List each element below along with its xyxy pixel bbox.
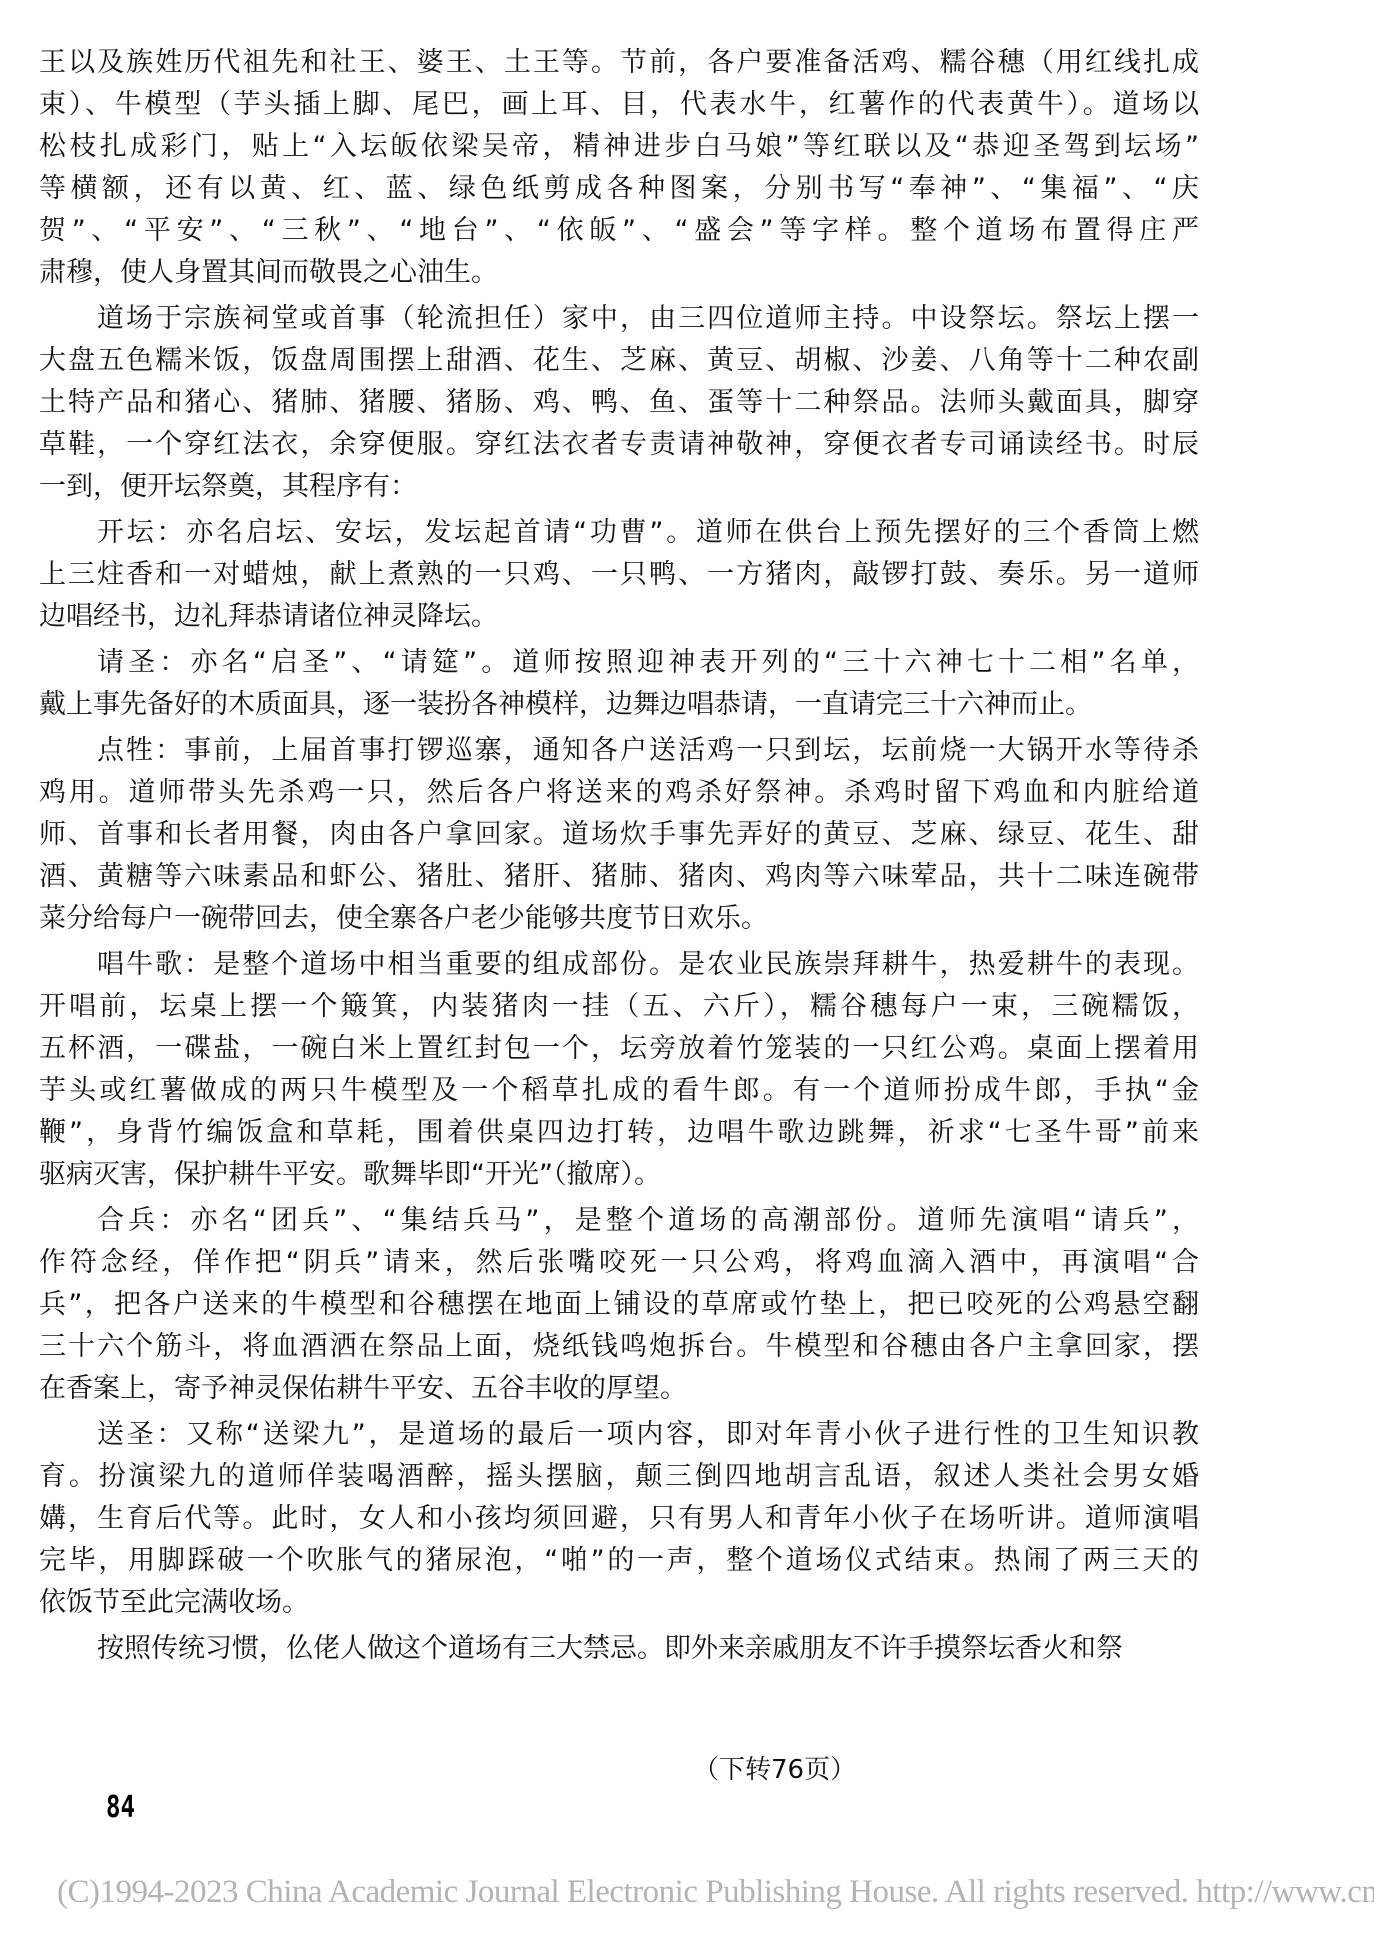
text-line: 兵”，把各户送来的牛模型和谷穗摆在地面上铺设的草席或竹垫上，把已咬死的公鸡悬空翻 <box>39 1284 1199 1326</box>
text-line: 草鞋，一个穿红法衣，余穿便服。穿红法衣者专责请神敬神，穿便衣者专司诵读经书。时辰 <box>39 424 1199 466</box>
paragraph: 请圣：亦名“启圣”、“请筵”。道师按照迎神表开列的“三十六神七十二相”名单，戴上… <box>39 642 1199 726</box>
continuation-note: （下转76页） <box>693 1752 856 1788</box>
text-line: 上三炷香和一对蜡烛，献上煮熟的一只鸡、一只鸭、一方猪肉，敲锣打鼓、奏乐。另一道师 <box>39 554 1199 596</box>
copyright-footer: (C)1994-2023 China Academic Journal Elec… <box>57 1872 1374 1912</box>
text-line: 鞭”，身背竹编饭盒和草耗，围着供桌四边打转，边唱牛歌边跳舞，祈求“七圣牛哥”前来 <box>39 1112 1199 1154</box>
paragraph: 开坛：亦名启坛、安坛，发坛起首请“功曹”。道师在供台上预先摆好的三个香筒上燃上三… <box>39 512 1199 638</box>
paragraph: 唱牛歌：是整个道场中相当重要的组成部份。是农业民族崇拜耕牛，热爱耕牛的表现。开唱… <box>39 944 1199 1196</box>
paragraph: 点牲：事前，上届首事打锣巡寨，通知各户送活鸡一只到坛，坛前烧一大锅开水等待杀鸡用… <box>39 730 1199 940</box>
text-line: 开唱前，坛桌上摆一个簸箕，内装猪肉一挂（五、六斤），糯谷穗每户一束，三碗糯饭， <box>39 986 1199 1028</box>
text-line: 媾，生育后代等。此时，女人和小孩均须回避，只有男人和青年小伙子在场听讲。道师演唱 <box>39 1498 1199 1540</box>
text-line: 戴上事先备好的木质面具，逐一装扮各神模样，边舞边唱恭请，一直请完三十六神而止。 <box>39 684 1199 726</box>
text-line: 请圣：亦名“启圣”、“请筵”。道师按照迎神表开列的“三十六神七十二相”名单， <box>39 642 1199 684</box>
page-number: 84 <box>106 1790 135 1826</box>
text-line: 师、首事和长者用餐，肉由各户拿回家。道场炊手事先弄好的黄豆、芝麻、绿豆、花生、甜 <box>39 814 1199 856</box>
text-line: 按照传统习惯，仫佬人做这个道场有三大禁忌。即外来亲戚朋友不许手摸祭坛香火和祭 <box>39 1628 1199 1670</box>
text-line: 菜分给每户一碗带回去，使全寨各户老少能够共度节日欢乐。 <box>39 898 1199 940</box>
paragraph: 送圣：又称“送梁九”，是道场的最后一项内容，即对年青小伙子进行性的卫生知识教育。… <box>39 1414 1199 1624</box>
text-line: 完毕，用脚踩破一个吹胀气的猪尿泡，“啪”的一声，整个道场仪式结束。热闹了两三天的 <box>39 1540 1199 1582</box>
text-line: 三十六个筋斗，将血酒洒在祭品上面，烧纸钱鸣炮拆台。牛模型和谷穗由各户主拿回家，摆 <box>39 1326 1199 1368</box>
text-line: 鸡用。道师带头先杀鸡一只，然后各户将送来的鸡杀好祭神。杀鸡时留下鸡血和内脏给道 <box>39 772 1199 814</box>
text-line: 开坛：亦名启坛、安坛，发坛起首请“功曹”。道师在供台上预先摆好的三个香筒上燃 <box>39 512 1199 554</box>
text-line: 合兵：亦名“团兵”、“集结兵马”，是整个道场的高潮部份。道师先演唱“请兵”， <box>39 1200 1199 1242</box>
text-line: 育。扮演梁九的道师佯装喝酒醉，摇头摆脑，颠三倒四地胡言乱语，叙述人类社会男女婚 <box>39 1456 1199 1498</box>
text-line: 芋头或红薯做成的两只牛模型及一个稻草扎成的看牛郎。有一个道师扮成牛郎，手执“金 <box>39 1070 1199 1112</box>
text-line: 驱病灭害，保护耕牛平安。歌舞毕即“开光”（撤席）。 <box>39 1154 1199 1196</box>
text-line: 一到，便开坛祭奠，其程序有： <box>39 466 1199 508</box>
article-body: 王以及族姓历代祖先和社王、婆王、土王等。节前，各户要准备活鸡、糯谷穗（用红线扎成… <box>39 42 1199 1674</box>
text-line: 五杯酒，一碟盐，一碗白米上置红封包一个，坛旁放着竹笼装的一只红公鸡。桌面上摆着用 <box>39 1028 1199 1070</box>
document-page: 王以及族姓历代祖先和社王、婆王、土王等。节前，各户要准备活鸡、糯谷穗（用红线扎成… <box>0 0 1374 1953</box>
text-line: 王以及族姓历代祖先和社王、婆王、土王等。节前，各户要准备活鸡、糯谷穗（用红线扎成 <box>39 42 1199 84</box>
text-line: 束）、牛模型（芋头插上脚、尾巴，画上耳、目，代表水牛，红薯作的代表黄牛）。道场以 <box>39 84 1199 126</box>
text-line: 贺”、“平安”、“三秋”、“地台”、“依皈”、“盛会”等字样。整个道场布置得庄严 <box>39 210 1199 252</box>
text-line: 大盘五色糯米饭，饭盘周围摆上甜酒、花生、芝麻、黄豆、胡椒、沙姜、八角等十二种农副 <box>39 340 1199 382</box>
text-line: 道场于宗族祠堂或首事（轮流担任）家中，由三四位道师主持。中设祭坛。祭坛上摆一 <box>39 298 1199 340</box>
text-line: 作符念经，佯作把“阴兵”请来，然后张嘴咬死一只公鸡，将鸡血滴入酒中，再演唱“合 <box>39 1242 1199 1284</box>
text-line: 酒、黄糖等六味素品和虾公、猪肚、猪肝、猪肺、猪肉、鸡肉等六味荤品，共十二味连碗带 <box>39 856 1199 898</box>
text-line: 等横额，还有以黄、红、蓝、绿色纸剪成各种图案，分别书写“奉神”、“集福”、“庆 <box>39 168 1199 210</box>
text-line: 依饭节至此完满收场。 <box>39 1582 1199 1624</box>
text-line: 土特产品和猪心、猪肺、猪腰、猪肠、鸡、鸭、鱼、蛋等十二种祭品。法师头戴面具，脚穿 <box>39 382 1199 424</box>
text-line: 边唱经书，边礼拜恭请诸位神灵降坛。 <box>39 596 1199 638</box>
paragraph: 道场于宗族祠堂或首事（轮流担任）家中，由三四位道师主持。中设祭坛。祭坛上摆一大盘… <box>39 298 1199 508</box>
paragraph: 按照传统习惯，仫佬人做这个道场有三大禁忌。即外来亲戚朋友不许手摸祭坛香火和祭 <box>39 1628 1199 1670</box>
paragraph: 合兵：亦名“团兵”、“集结兵马”，是整个道场的高潮部份。道师先演唱“请兵”，作符… <box>39 1200 1199 1410</box>
text-line: 唱牛歌：是整个道场中相当重要的组成部份。是农业民族崇拜耕牛，热爱耕牛的表现。 <box>39 944 1199 986</box>
text-line: 送圣：又称“送梁九”，是道场的最后一项内容，即对年青小伙子进行性的卫生知识教 <box>39 1414 1199 1456</box>
text-line: 在香案上，寄予神灵保佑耕牛平安、五谷丰收的厚望。 <box>39 1368 1199 1410</box>
text-line: 肃穆，使人身置其间而敬畏之心油生。 <box>39 252 1199 294</box>
text-line: 松枝扎成彩门，贴上“入坛皈依梁吴帝，精神进步白马娘”等红联以及“恭迎圣驾到坛场” <box>39 126 1199 168</box>
text-line: 点牲：事前，上届首事打锣巡寨，通知各户送活鸡一只到坛，坛前烧一大锅开水等待杀 <box>39 730 1199 772</box>
paragraph: 王以及族姓历代祖先和社王、婆王、土王等。节前，各户要准备活鸡、糯谷穗（用红线扎成… <box>39 42 1199 294</box>
